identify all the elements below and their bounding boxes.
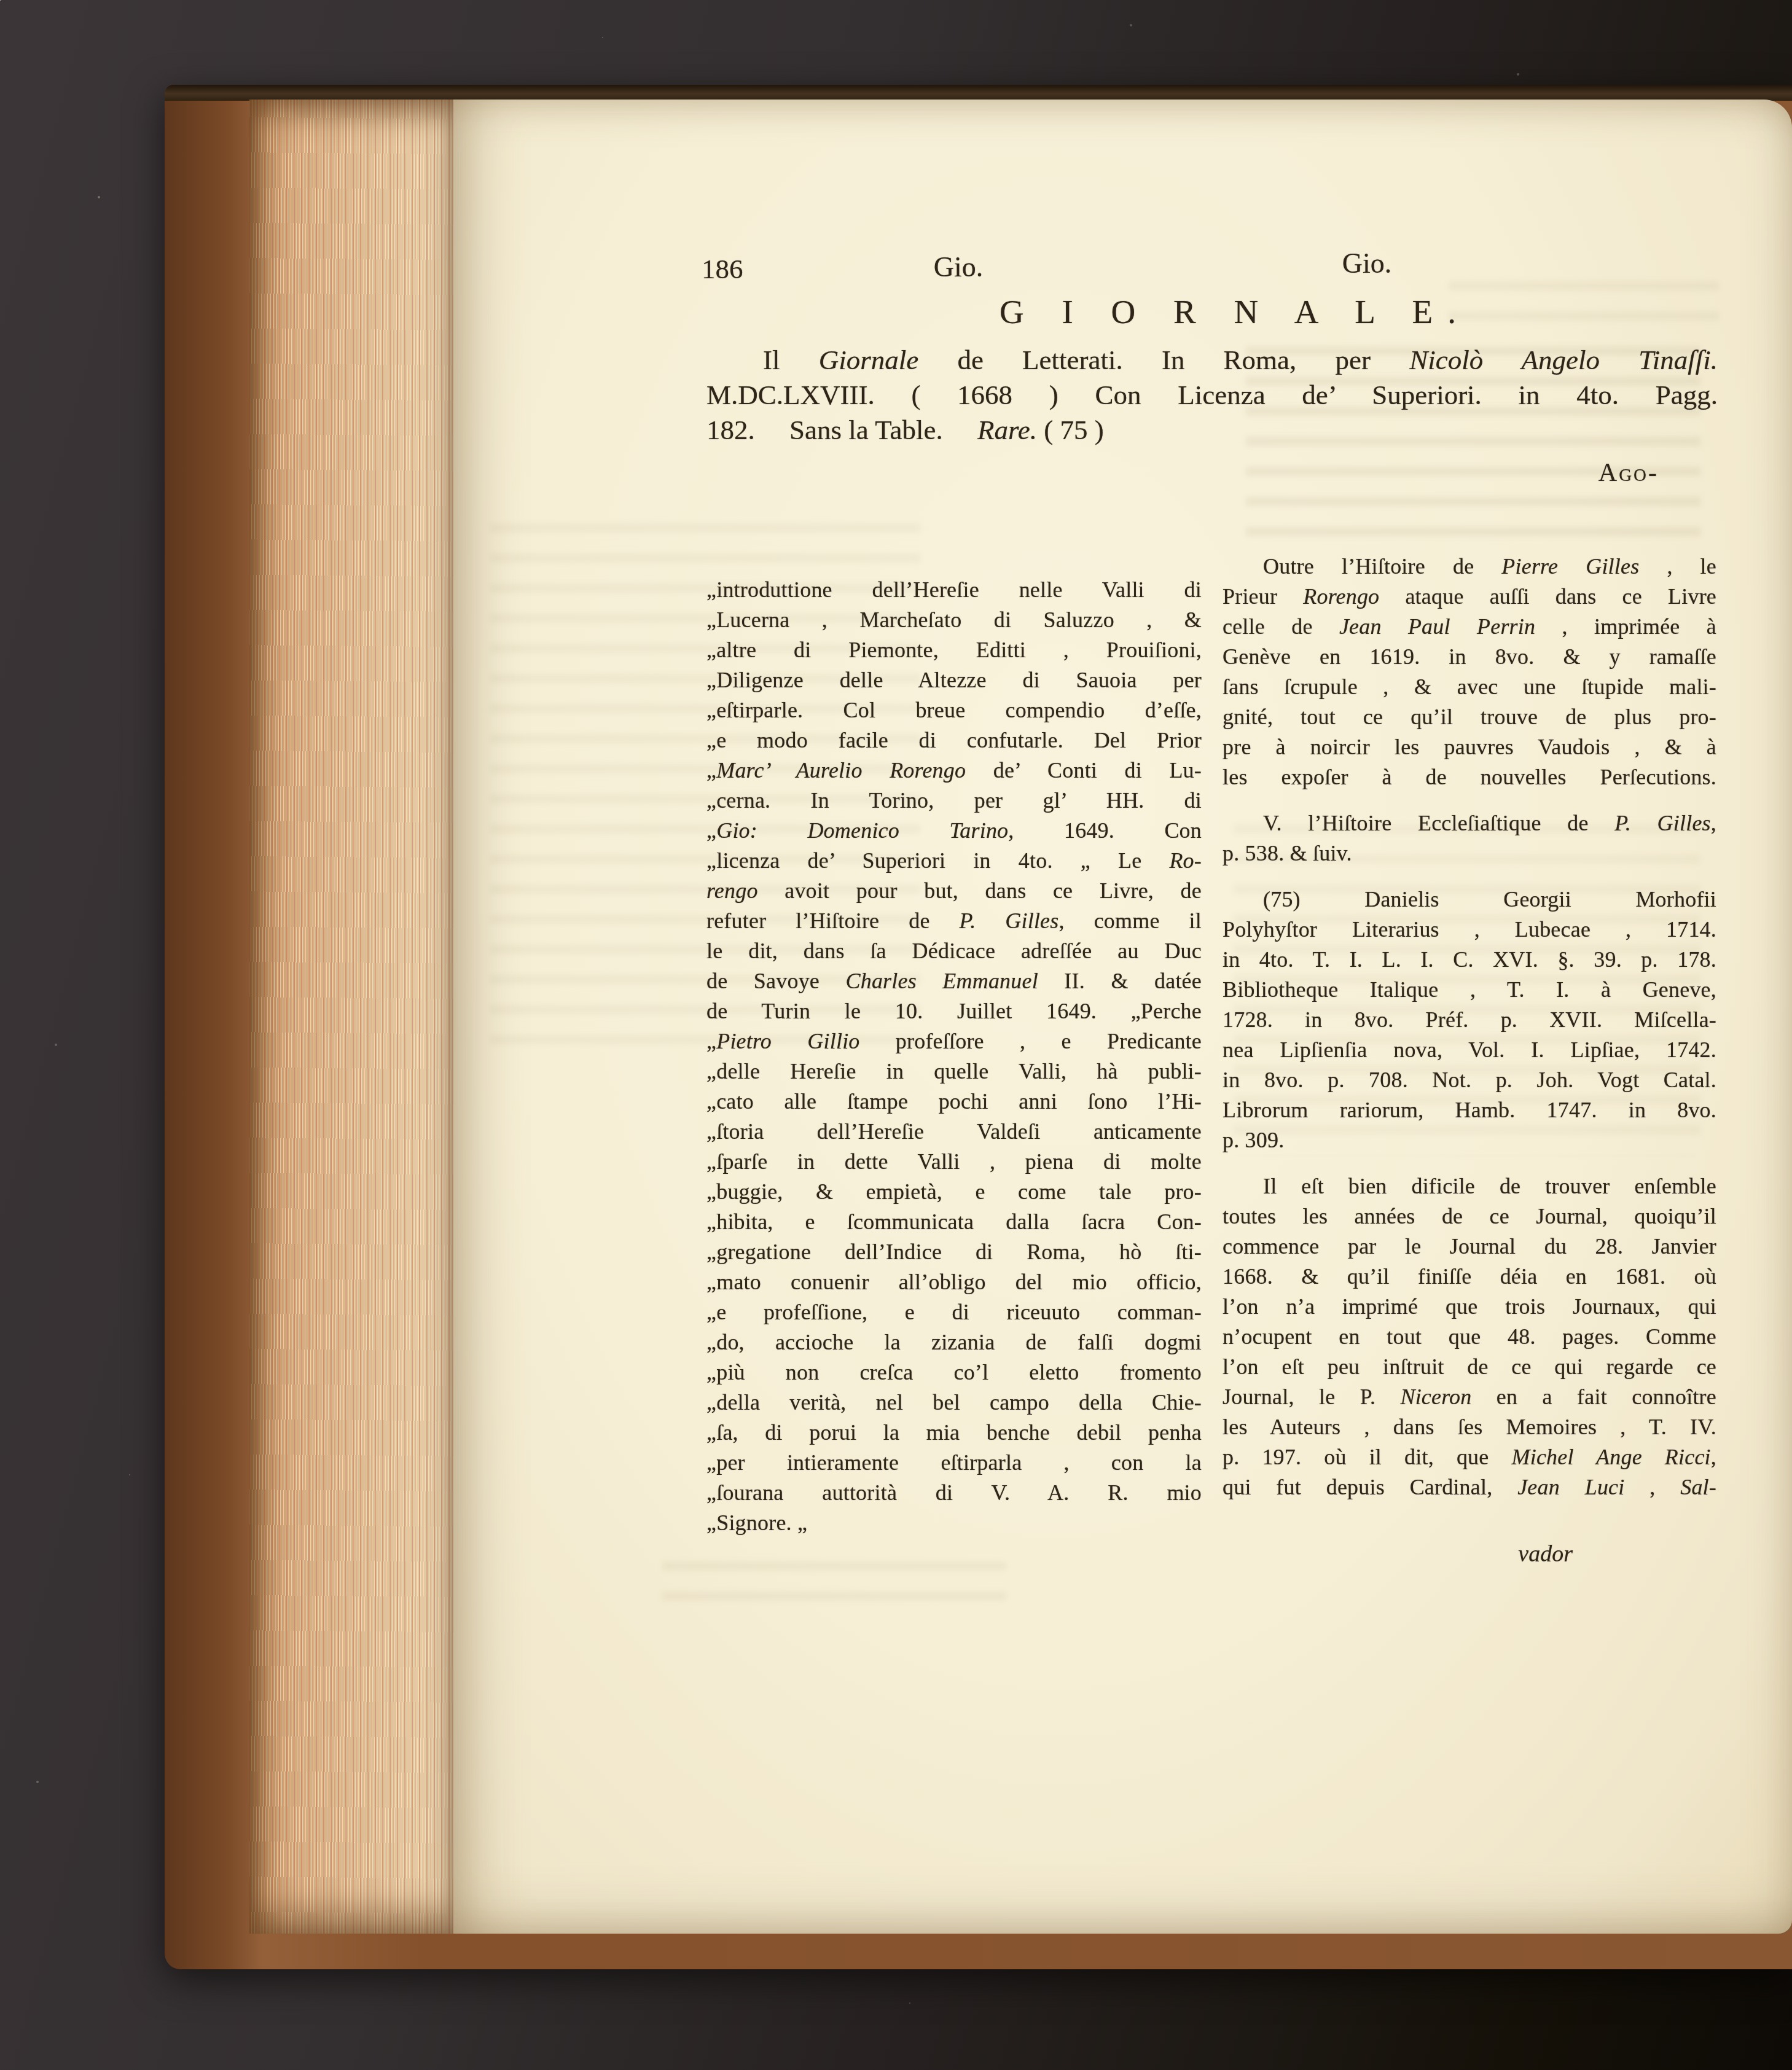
text-line: toutes les années de ce Journal, quoiqu’… xyxy=(1223,1201,1716,1232)
text-line: „eſtirparle. Col breue compendio d’eſſe, xyxy=(706,695,1202,725)
text-line: Bibliotheque Italique , T. I. à Geneve, xyxy=(1223,975,1716,1005)
text-line: Outre l’Hiſtoire de Pierre Gilles , le xyxy=(1223,552,1716,582)
text-line: „do, accioche la zizania de falſi dogmi xyxy=(706,1327,1202,1357)
running-head-right: Gio. xyxy=(1299,247,1434,279)
text-line: „cato alle ſtampe pochi anni ſono l’Hi- xyxy=(706,1087,1202,1117)
photo-background: 186 Gio. Gio. G I O R N A L E. Il Giorna… xyxy=(0,0,1792,2070)
text-line: refuter l’Hiſtoire de P. Gilles, comme i… xyxy=(706,906,1202,936)
text-line: rengo avoit pour but, dans ce Livre, de xyxy=(706,876,1202,906)
right-column: Outre l’Hiſtoire de Pierre Gilles , lePr… xyxy=(1223,552,1716,1502)
headnote: Il Giornale de Letterati. In Roma, per N… xyxy=(706,343,1718,448)
text-line: commence par le Journal du 28. Janvier xyxy=(1223,1232,1716,1262)
text-line: „hibita, e ſcommunicata dalla ſacra Con- xyxy=(706,1207,1202,1237)
text-line: „Diligenze delle Altezze di Sauoia per xyxy=(706,665,1202,695)
text-line: in 4to. T. I. L. I. C. XVI. §. 39. p. 17… xyxy=(1223,945,1716,975)
text-line: de Turin le 10. Juillet 1649. „Perche xyxy=(706,996,1202,1026)
left-column: „introduttione dell’Hereſie nelle Valli … xyxy=(706,575,1202,1538)
page-edges-foredge xyxy=(249,100,455,1934)
text-line: Polyhyſtor Literarius , Lubecae , 1714. xyxy=(1223,915,1716,945)
text-line: 1668. & qu’il finiſſe déia en 1681. où xyxy=(1223,1262,1716,1292)
text-line: Prieur Rorengo ataque auſſi dans ce Livr… xyxy=(1223,582,1716,612)
paragraph: Outre l’Hiſtoire de Pierre Gilles , lePr… xyxy=(1223,552,1716,792)
text-line: 182. Sans la Table. Rare. ( 75 ) xyxy=(706,413,1718,448)
text-line: p. 197. où il dit, que Michel Ange Ricci… xyxy=(1223,1442,1716,1472)
dust-specks xyxy=(0,0,1,1)
paragraph: (75) Danielis Georgii MorhofiiPolyhyſtor… xyxy=(1223,885,1716,1155)
text-line: Il Giornale de Letterati. In Roma, per N… xyxy=(706,343,1718,378)
text-line: les expoſer à de nouvelles Perſecutions. xyxy=(1223,762,1716,792)
text-line: „per intieramente eſtirparla , con la xyxy=(706,1448,1202,1478)
text-line: l’on eſt peu inſtruit de ce qui regarde … xyxy=(1223,1352,1716,1382)
text-line: qui fut depuis Cardinal, Jean Luci , Sal… xyxy=(1223,1472,1716,1502)
text-line: „gregatione dell’Indice di Roma, hò ſti- xyxy=(706,1237,1202,1267)
text-line: Journal, le P. Niceron en a fait connoît… xyxy=(1223,1382,1716,1412)
page-number: 186 xyxy=(702,253,743,285)
text-line: celle de Jean Paul Perrin , imprimée à xyxy=(1223,612,1716,642)
text-line: „ſtoria dell’Hereſie Valdeſi anticamente xyxy=(706,1117,1202,1147)
text-line: gnité, tout ce qu’il trouve de plus pro- xyxy=(1223,702,1716,732)
text-line: „ſa, di porui la mia benche debil penha xyxy=(706,1418,1202,1448)
text-line: „Marc’ Aurelio Rorengo de’ Conti di Lu- xyxy=(706,756,1202,786)
text-line: „Gio: Domenico Tarino, 1649. Con xyxy=(706,816,1202,846)
text-line: n’ocupent en tout que 48. pages. Comme xyxy=(1223,1322,1716,1352)
text-line: „e modo facile di confutarle. Del Prior xyxy=(706,725,1202,756)
text-line: „mato conuenir all’obligo del mio offici… xyxy=(706,1267,1202,1297)
text-line: Librorum rariorum, Hamb. 1747. in 8vo. xyxy=(1223,1095,1716,1125)
text-line: le dit, dans ſa Dédicace adreſſée au Duc xyxy=(706,936,1202,966)
text-line: „Pietro Gillio profeſſore , e Predicante xyxy=(706,1026,1202,1056)
text-line: Genève en 1619. in 8vo. & y ramaſſe xyxy=(1223,642,1716,672)
text-line: p. 538. & ſuiv. xyxy=(1223,838,1716,869)
text-line: Il eſt bien dificile de trouver enſemble xyxy=(1223,1171,1716,1201)
text-line: „delle Hereſie in quelle Valli, hà publi… xyxy=(706,1056,1202,1087)
text-line: „della verità, nel bel campo della Chie- xyxy=(706,1388,1202,1418)
text-line: (75) Danielis Georgii Morhofii xyxy=(1223,885,1716,915)
text-line: „introduttione dell’Hereſie nelle Valli … xyxy=(706,575,1202,605)
text-line: „cerna. In Torino, per gl’ HH. di xyxy=(706,786,1202,816)
book: 186 Gio. Gio. G I O R N A L E. Il Giorna… xyxy=(165,85,1792,1969)
catchword-bottom: vador xyxy=(1388,1541,1573,1568)
text-line: 1728. in 8vo. Préf. p. XVII. Miſcella- xyxy=(1223,1005,1716,1035)
text-line: nea Lipſienſia nova, Vol. I. Lipſiae, 17… xyxy=(1223,1035,1716,1065)
text-line: de Savoye Charles Emmanuel II. & datée xyxy=(706,966,1202,996)
paragraph: V. l’Hiſtoire Eccleſiaſtique de P. Gille… xyxy=(1223,808,1716,869)
text-line: ſans ſcrupule , & avec une ſtupide mali- xyxy=(1223,672,1716,702)
showthrough-ghost xyxy=(1449,281,1719,333)
text-line: „ſourana auttorità di V. A. R. mio xyxy=(706,1478,1202,1508)
text-line: „licenza de’ Superiori in 4to. „ Le Ro- xyxy=(706,846,1202,876)
text-line: „ſparſe in dette Valli , piena di molte xyxy=(706,1147,1202,1177)
running-head-left: Gio. xyxy=(891,251,1026,283)
text-line: in 8vo. p. 708. Not. p. Joh. Vogt Catal. xyxy=(1223,1065,1716,1095)
text-line: M.DC.LXVIII. ( 1668 ) Con Licenza de’ Su… xyxy=(706,378,1718,413)
catchword-top: Ago- xyxy=(1524,458,1659,488)
text-line: „Signore. „ xyxy=(706,1508,1202,1538)
text-line: „altre di Piemonte, Editti , Prouiſioni, xyxy=(706,635,1202,665)
text-line: „buggie, & empietà, e come tale pro- xyxy=(706,1177,1202,1207)
text-line: V. l’Hiſtoire Eccleſiaſtique de P. Gille… xyxy=(1223,808,1716,838)
text-line: p. 309. xyxy=(1223,1125,1716,1155)
text-line: les Auteurs , dans ſes Memoires , T. IV. xyxy=(1223,1412,1716,1442)
book-page: 186 Gio. Gio. G I O R N A L E. Il Giorna… xyxy=(453,100,1792,1934)
text-line: pre à noircir les pauvres Vaudois , & à xyxy=(1223,732,1716,762)
section-title: G I O R N A L E. xyxy=(1000,292,1442,331)
text-line: „più non creſca co’l eletto fromento xyxy=(706,1357,1202,1388)
showthrough-ghost xyxy=(662,1561,1006,1617)
book-top-edge xyxy=(165,85,1792,101)
text-line: l’on n’a imprimé que trois Journaux, qui xyxy=(1223,1292,1716,1322)
text-line: „e profeſſione, e di riceuuto comman- xyxy=(706,1297,1202,1327)
paragraph: Il eſt bien dificile de trouver enſemble… xyxy=(1223,1171,1716,1502)
text-line: „Lucerna , Marcheſato di Saluzzo , & xyxy=(706,605,1202,635)
